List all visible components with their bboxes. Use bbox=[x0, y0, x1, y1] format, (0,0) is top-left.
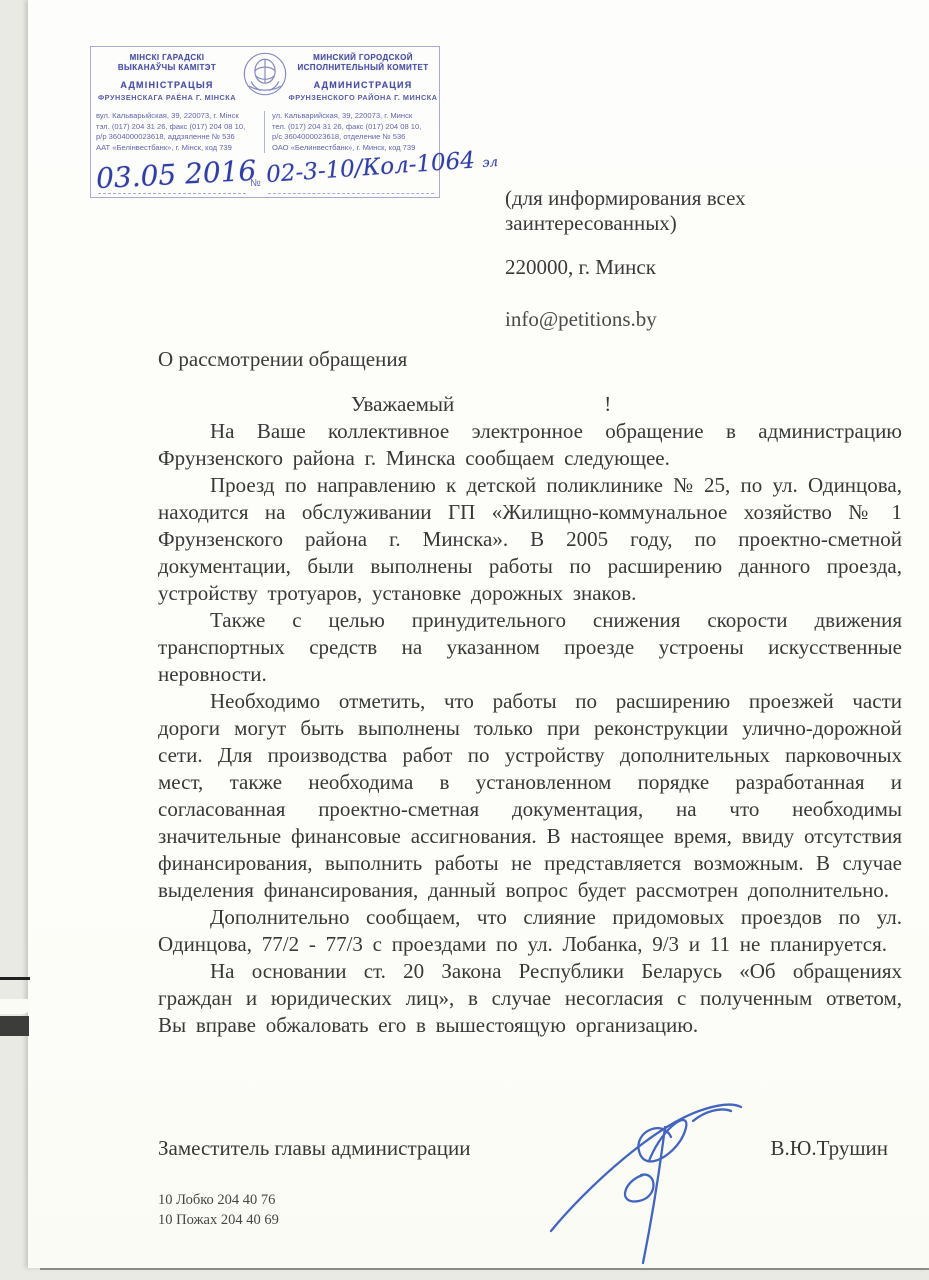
stamp-admin-title: АДМІНІСТРАЦЫЯ bbox=[92, 80, 242, 90]
salutation-line: Уважаемый! bbox=[158, 391, 902, 418]
paragraph: Также с целью принудительного снижения с… bbox=[158, 607, 902, 688]
salutation-word: Уважаемый bbox=[158, 392, 454, 416]
salutation-exclamation: ! bbox=[604, 392, 611, 416]
signoff-row: Заместитель главы администрации В.Ю.Труш… bbox=[158, 1136, 902, 1161]
paragraph: Дополнительно сообщаем, что слияние прид… bbox=[158, 904, 902, 958]
letter-body: Уважаемый! На Ваше коллективное электрон… bbox=[158, 391, 902, 1039]
stamp-org-line: ИСПОЛНИТЕЛЬНЫЙ КОМИТЕТ bbox=[288, 63, 438, 73]
scan-artifact-bar bbox=[0, 1016, 29, 1036]
stamp-org-line: МИНСКИЙ ГОРОДСКОЙ bbox=[288, 53, 438, 63]
page-bottom-edge bbox=[40, 1268, 929, 1270]
footer-contacts: 10 Лобко 204 40 76 10 Пожах 204 40 69 bbox=[158, 1191, 279, 1230]
recipient-note: (для информирования всех заинтересованны… bbox=[505, 186, 810, 236]
scan-artifact-line bbox=[0, 977, 30, 980]
recipient-block: (для информирования всех заинтересованны… bbox=[505, 186, 810, 332]
letter-subject: О рассмотрении обращения bbox=[158, 347, 407, 372]
paragraph: На Ваше коллективное электронное обращен… bbox=[158, 418, 902, 472]
coat-of-arms-icon bbox=[242, 51, 288, 97]
stamp-number-ruling-line bbox=[268, 193, 434, 194]
scan-artifact-highlight bbox=[0, 999, 29, 1014]
paragraph: Проезд по направлению к детской поликлин… bbox=[158, 472, 902, 607]
stamp-org-line: МІНСКІ ГАРАДСКІ bbox=[92, 53, 242, 63]
footer-contact-line: 10 Пожах 204 40 69 bbox=[158, 1211, 279, 1231]
stamp-admin-title: АДМИНИСТРАЦИЯ bbox=[288, 80, 438, 90]
paragraph: На основании ст. 20 Закона Республики Бе… bbox=[158, 958, 902, 1039]
handwritten-signature bbox=[545, 1083, 750, 1269]
stamp-admin-subtitle: ФРУНЗЕНСКОГО РАЙОНА Г. МИНСКА bbox=[288, 93, 438, 102]
stamp-number-label: № bbox=[250, 178, 261, 189]
letterhead-stamp: МІНСКІ ГАРАДСКІ ВЫКАНАЎЧЫ КАМІТЭТ АДМІНІ… bbox=[90, 46, 440, 198]
footer-contact-line: 10 Лобко 204 40 76 bbox=[158, 1191, 279, 1211]
stamp-org-russian: МИНСКИЙ ГОРОДСКОЙ ИСПОЛНИТЕЛЬНЫЙ КОМИТЕТ… bbox=[288, 53, 438, 102]
recipient-city: 220000, г. Минск bbox=[505, 255, 810, 280]
paragraph: Необходимо отметить, что работы по расши… bbox=[158, 688, 902, 904]
signoff-name: В.Ю.Трушин bbox=[771, 1136, 889, 1161]
recipient-email: info@petitions.by bbox=[505, 307, 810, 332]
stamp-admin-subtitle: ФРУНЗЕНСКАГА РАЁНА Г. МІНСКА bbox=[92, 93, 242, 102]
signoff-title: Заместитель главы администрации bbox=[158, 1136, 470, 1161]
stamp-org-line: ВЫКАНАЎЧЫ КАМІТЭТ bbox=[92, 63, 242, 73]
scanned-letter-page: МІНСКІ ГАРАДСКІ ВЫКАНАЎЧЫ КАМІТЭТ АДМІНІ… bbox=[28, 0, 929, 1268]
stamp-org-belarusian: МІНСКІ ГАРАДСКІ ВЫКАНАЎЧЫ КАМІТЭТ АДМІНІ… bbox=[92, 53, 242, 102]
handwritten-number-suffix: эл bbox=[482, 155, 499, 171]
